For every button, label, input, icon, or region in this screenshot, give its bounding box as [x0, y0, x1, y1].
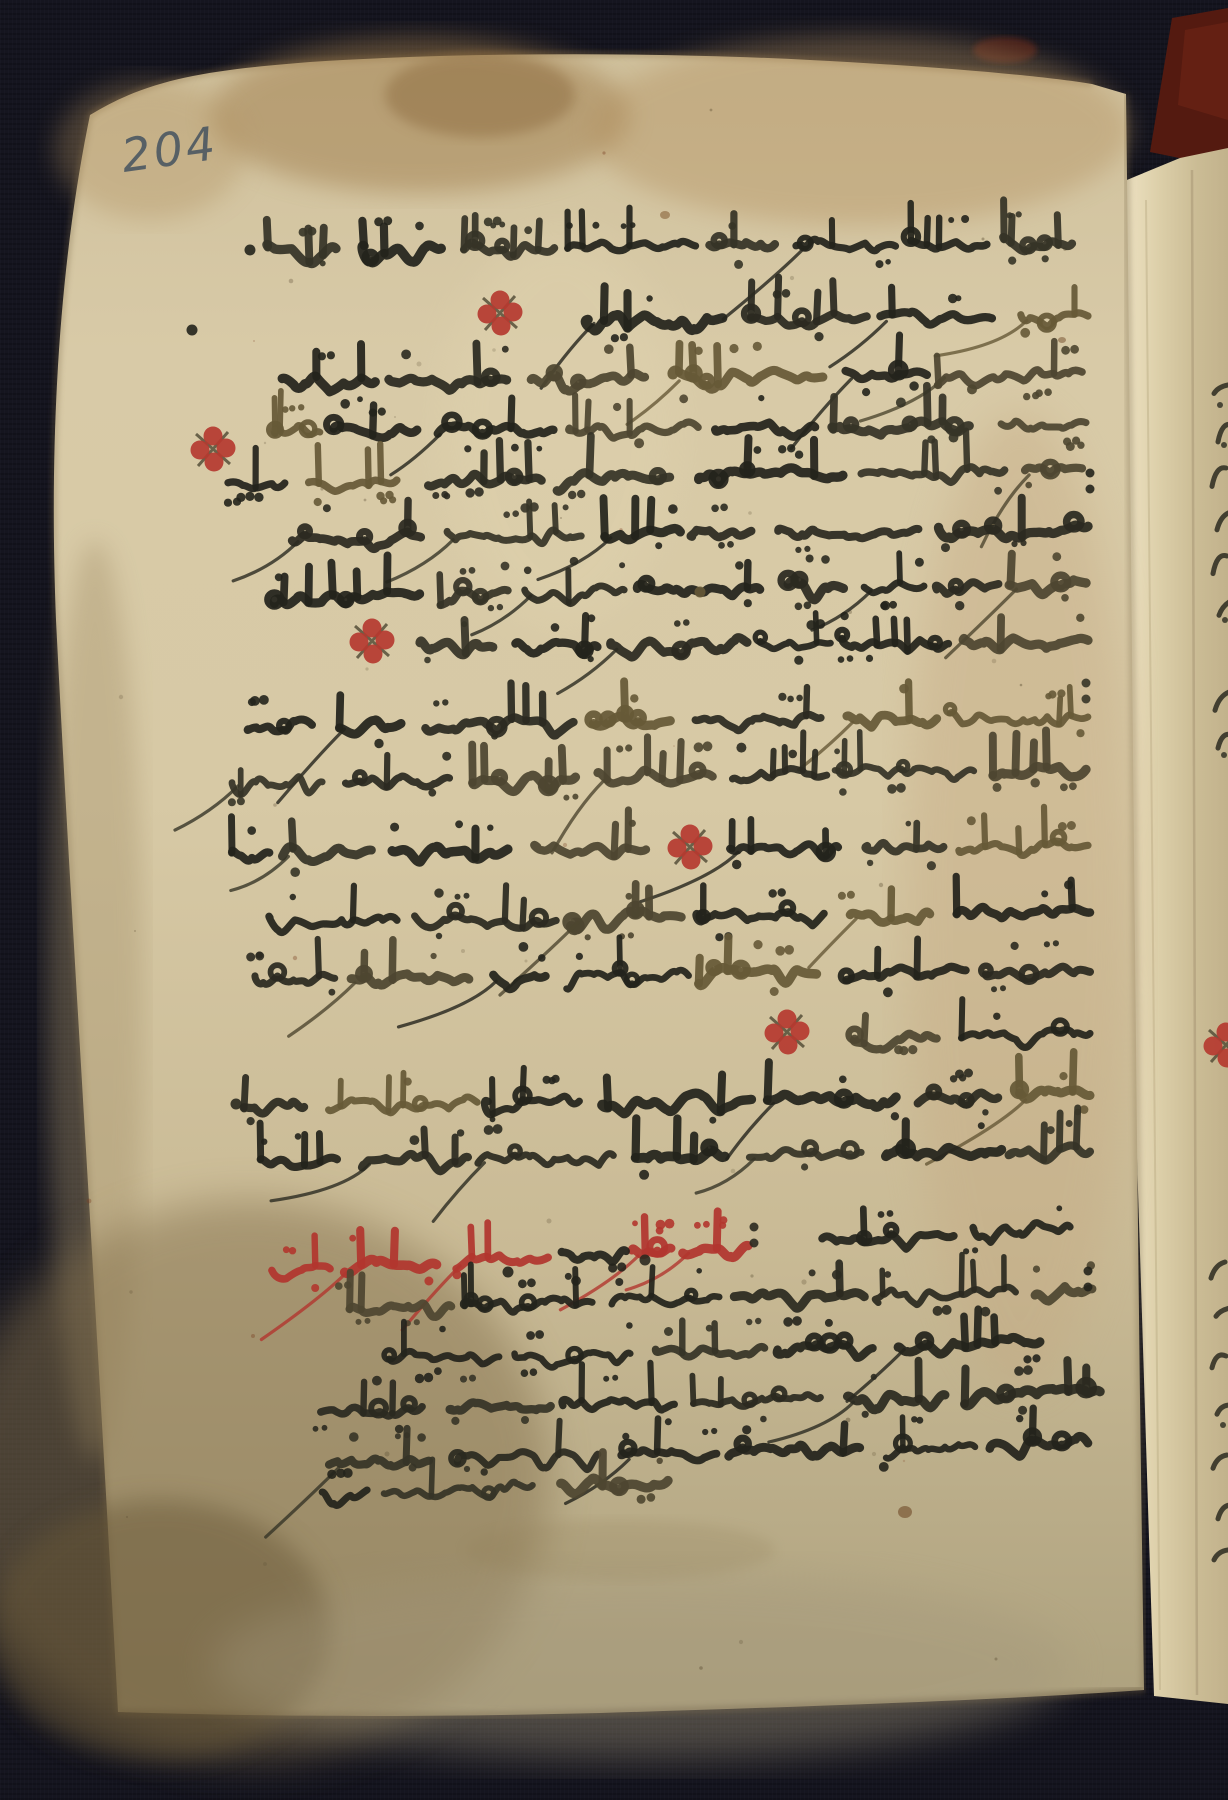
- diacritic-dot: [884, 1271, 891, 1278]
- diacritic-dot: [1053, 940, 1059, 946]
- diacritic-dot: [588, 614, 596, 622]
- speck: [739, 1640, 743, 1644]
- diacritic-dot: [530, 1368, 538, 1376]
- diacritic-dot: [1008, 257, 1016, 265]
- diacritic-dot: [1044, 941, 1050, 947]
- diacritic-dot: [664, 1327, 673, 1336]
- diacritic-dot: [806, 620, 816, 630]
- diacritic-dot: [519, 942, 529, 952]
- diacritic-dot: [991, 986, 997, 992]
- ascender-stroke: [604, 286, 605, 321]
- ascender-stroke: [1070, 687, 1071, 716]
- diacritic-dot: [834, 748, 840, 754]
- manuscript-scene: 204: [0, 0, 1228, 1800]
- diacritic-dot: [322, 1425, 328, 1431]
- punct-dot: [640, 1255, 651, 1266]
- speck: [731, 1169, 736, 1174]
- diacritic-dot: [524, 226, 532, 234]
- speck: [365, 667, 368, 670]
- diacritic-dot: [290, 867, 300, 877]
- speck: [461, 949, 465, 953]
- diacritic-dot: [955, 601, 964, 610]
- speck: [995, 1658, 998, 1661]
- ascender-stroke: [1073, 1052, 1074, 1092]
- diacritic-dot: [275, 573, 283, 581]
- diacritic-dot: [656, 1220, 666, 1230]
- diacritic-dot: [526, 1331, 535, 1340]
- diacritic-dot: [769, 889, 777, 897]
- diacritic-dot: [795, 547, 801, 553]
- speck: [872, 1452, 876, 1456]
- diacritic-dot: [630, 694, 638, 702]
- speck: [263, 1562, 267, 1566]
- diacritic-dot: [634, 438, 644, 448]
- diacritic-dot: [838, 656, 845, 663]
- ascender-stroke: [431, 1459, 432, 1496]
- diacritic-dot: [718, 542, 725, 549]
- diacritic-dot: [1058, 822, 1067, 831]
- diacritic-dot: [933, 1306, 943, 1316]
- diacritic-dot: [728, 222, 736, 230]
- ascender-stroke: [523, 1068, 524, 1100]
- speck: [417, 362, 422, 367]
- diacritic-dot: [434, 888, 443, 897]
- speck: [273, 803, 277, 807]
- ascender-stroke: [773, 751, 774, 776]
- diacritic-dot: [1061, 594, 1069, 602]
- diacritic-dot: [981, 1307, 991, 1317]
- diacritic-dot: [611, 334, 619, 342]
- diacritic-dot: [637, 1495, 646, 1504]
- ascender-stroke: [927, 386, 928, 424]
- ascender-stroke: [528, 443, 529, 480]
- diacritic-dot: [758, 395, 764, 401]
- diacritic-dot: [1076, 614, 1084, 622]
- diacritic-dot: [773, 290, 782, 299]
- ascender-stroke: [994, 1317, 995, 1342]
- rosette-petal: [478, 305, 497, 324]
- ascender-stroke: [408, 500, 409, 532]
- ascender-stroke: [679, 344, 680, 373]
- diacritic-dot: [289, 405, 295, 411]
- manuscript-photo: 204: [0, 0, 1228, 1800]
- ascender-stroke: [937, 356, 939, 385]
- ascender-stroke: [817, 292, 818, 322]
- diacritic-dot: [535, 1330, 544, 1339]
- diacritic-dot: [372, 1376, 382, 1386]
- punct-colon: [1084, 1267, 1093, 1276]
- ascender-stroke: [1019, 1057, 1020, 1094]
- diacritic-dot: [794, 656, 803, 665]
- diacritic-dot: [283, 1246, 290, 1253]
- rosette-petal: [765, 1024, 784, 1043]
- diacritic-dot: [327, 351, 335, 359]
- ascender-stroke: [362, 221, 364, 246]
- diacritic-dot: [778, 693, 786, 701]
- ascender-stroke: [964, 1316, 965, 1347]
- speck: [673, 745, 675, 747]
- diacritic-dot: [603, 1376, 609, 1382]
- rosette-mark: [668, 825, 713, 870]
- diacritic-dot: [630, 222, 636, 228]
- diacritic-dot: [753, 342, 762, 351]
- diacritic-dot: [891, 1112, 899, 1120]
- diacritic-dot: [1023, 393, 1030, 400]
- edge-text-dot: [1220, 1422, 1226, 1428]
- diacritic-dot: [474, 487, 483, 496]
- ascender-stroke: [860, 732, 861, 769]
- ascender-stroke: [476, 344, 477, 383]
- diacritic-dot: [442, 752, 451, 761]
- ascender-stroke: [350, 1272, 351, 1309]
- diacritic-dot: [424, 1277, 433, 1286]
- diacritic-dot: [552, 1075, 560, 1083]
- diacritic-dot: [464, 893, 470, 899]
- ascender-stroke: [882, 1270, 883, 1294]
- punct-colon: [1086, 469, 1095, 478]
- diacritic-dot: [706, 1325, 713, 1332]
- diacritic-dot: [880, 602, 888, 610]
- diacritic-dot: [784, 945, 794, 955]
- ascender-stroke: [318, 445, 319, 483]
- diacritic-dot: [694, 1222, 701, 1229]
- ascender-stroke: [361, 1275, 362, 1310]
- diacritic-dot: [696, 1268, 702, 1274]
- diacritic-dot: [719, 1222, 726, 1229]
- ascender-stroke: [464, 219, 465, 250]
- diacritic-dot: [313, 1426, 319, 1432]
- ascender-stroke: [864, 1015, 865, 1044]
- diacritic-dot: [955, 295, 961, 301]
- diacritic-dot: [804, 602, 812, 610]
- ascender-stroke: [484, 746, 485, 780]
- diacritic-dot: [626, 1322, 633, 1329]
- speck: [289, 279, 294, 284]
- diacritic-dot: [915, 558, 924, 567]
- ascender-stroke: [1033, 742, 1034, 769]
- speck: [364, 499, 367, 502]
- ascender-stroke: [927, 218, 928, 245]
- ascender-stroke: [575, 1269, 576, 1305]
- diacritic-dot: [1011, 942, 1019, 950]
- edge-text-dot: [1222, 617, 1228, 623]
- rosette-mark: [191, 427, 236, 472]
- ascender-stroke: [1018, 828, 1019, 852]
- ascender-stroke: [962, 999, 963, 1038]
- diacritic-dot: [735, 561, 743, 569]
- speck: [119, 695, 123, 699]
- diacritic-dot: [967, 384, 977, 394]
- ascender-stroke: [582, 211, 583, 246]
- diacritic-dot: [245, 492, 254, 501]
- diacritic-dot: [224, 499, 232, 507]
- diacritic-dot: [1032, 392, 1039, 399]
- diacritic-dot: [908, 1045, 917, 1054]
- diacritic-dot: [657, 1458, 663, 1464]
- diacritic-dot: [646, 295, 652, 301]
- diacritic-dot: [949, 433, 959, 443]
- diacritic-dot: [323, 504, 331, 512]
- ascender-stroke: [1001, 617, 1002, 649]
- diacritic-dot: [415, 1374, 424, 1383]
- diacritic-dot: [592, 222, 599, 229]
- ascender-stroke: [833, 281, 834, 314]
- punct-colon: [1086, 485, 1095, 494]
- diacritic-dot: [518, 1279, 527, 1288]
- ascender-stroke: [863, 1209, 864, 1242]
- diacritic-dot: [527, 1278, 536, 1287]
- ascender-stroke: [357, 571, 358, 597]
- ascender-stroke: [267, 220, 268, 247]
- diacritic-dot: [1000, 985, 1006, 991]
- diacritic-dot: [290, 894, 296, 900]
- diacritic-dot: [801, 1163, 808, 1170]
- ascender-stroke: [360, 1230, 361, 1265]
- diacritic-dot: [668, 504, 678, 514]
- diacritic-dot: [282, 406, 289, 413]
- diacritic-dot: [744, 599, 752, 607]
- diacritic-dot: [247, 826, 256, 835]
- ascender-stroke: [956, 876, 957, 914]
- diacritic-dot: [1016, 211, 1022, 217]
- diacritic-dot: [536, 446, 542, 452]
- diacritic-dot: [871, 1374, 877, 1380]
- diacritic-dot: [461, 621, 467, 627]
- diacritic-dot: [839, 1076, 847, 1084]
- word-stroke: [865, 843, 943, 852]
- ascender-stroke: [717, 1211, 718, 1249]
- speck: [547, 1219, 552, 1224]
- diacritic-dot: [299, 228, 308, 237]
- diacritic-dot: [521, 1369, 529, 1377]
- diacritic-dot: [376, 492, 384, 500]
- ascender-stroke: [614, 824, 615, 856]
- ascender-stroke: [558, 1421, 560, 1455]
- diacritic-dot: [491, 733, 498, 740]
- ascender-stroke: [523, 900, 524, 928]
- speck: [87, 1199, 92, 1204]
- diacritic-dot: [694, 347, 702, 355]
- diacritic-dot: [490, 223, 496, 229]
- diacritic-dot: [1042, 255, 1049, 262]
- diacritic-dot: [961, 215, 969, 223]
- ascender-stroke: [1011, 554, 1012, 585]
- speck: [982, 238, 985, 241]
- diacritic-dot: [499, 222, 505, 228]
- speck: [251, 1334, 255, 1338]
- diacritic-dot: [916, 1417, 923, 1424]
- diacritic-dot: [783, 1317, 793, 1327]
- diacritic-dot: [727, 541, 734, 548]
- diacritic-dot: [778, 888, 786, 896]
- ascender-stroke: [538, 221, 539, 250]
- diacritic-dot: [576, 953, 583, 960]
- diacritic-dot: [796, 695, 803, 702]
- diacritic-dot: [617, 1262, 626, 1271]
- diacritic-dot: [383, 216, 392, 225]
- diacritic-dot: [424, 1373, 433, 1382]
- ascender-stroke: [331, 563, 332, 596]
- ascender-stroke: [380, 444, 381, 482]
- ascender-stroke: [816, 613, 817, 643]
- diacritic-dot: [720, 504, 728, 512]
- speck: [879, 883, 883, 887]
- ascender-stroke: [440, 574, 441, 605]
- diacritic-dot: [374, 217, 383, 226]
- diacritic-dot: [753, 940, 762, 949]
- ascender-stroke: [1076, 1108, 1077, 1147]
- ascender-stroke: [924, 443, 925, 474]
- diacritic-dot: [694, 742, 704, 752]
- ascender-stroke: [472, 745, 473, 783]
- diacritic-dot: [259, 695, 269, 705]
- diacritic-dot: [415, 222, 424, 231]
- ascender-stroke: [977, 1309, 978, 1344]
- diacritic-dot: [469, 1375, 476, 1382]
- ascender-stroke: [961, 1255, 962, 1295]
- diacritic-dot: [585, 934, 591, 940]
- speck: [264, 442, 266, 444]
- diacritic-dot: [604, 344, 614, 354]
- diacritic-dot: [320, 260, 326, 266]
- diacritic-dot: [709, 1117, 716, 1124]
- ascender-stroke: [651, 1267, 652, 1296]
- diacritic-dot: [255, 952, 264, 961]
- diacritic-dot: [344, 1281, 352, 1289]
- diacritic-dot: [401, 350, 411, 360]
- diacritic-dot: [434, 1367, 442, 1375]
- ascender-stroke: [318, 939, 319, 976]
- diacritic-dot: [746, 1319, 752, 1325]
- diacritic-dot: [994, 487, 1002, 495]
- ascender-stroke: [728, 937, 729, 970]
- diacritic-dot: [433, 700, 439, 706]
- ascender-stroke: [511, 683, 512, 719]
- diacritic-dot: [1025, 482, 1032, 489]
- speck: [801, 1279, 806, 1284]
- diacritic-dot: [1020, 328, 1030, 338]
- diacritic-dot: [703, 1221, 710, 1228]
- diacritic-dot: [329, 989, 336, 996]
- diacritic-dot: [876, 260, 884, 268]
- diacritic-dot: [1070, 345, 1079, 354]
- diacritic-dot: [551, 623, 560, 632]
- rosette-petal: [350, 633, 369, 652]
- diacritic-dot: [503, 511, 510, 518]
- ascender-stroke: [392, 940, 393, 980]
- ascender-stroke: [1032, 1408, 1033, 1441]
- speck: [699, 1666, 703, 1670]
- ascender-stroke: [1046, 730, 1047, 767]
- punct-dot: [231, 1099, 242, 1110]
- ascender-stroke: [292, 821, 293, 848]
- diacritic-dot: [487, 825, 493, 831]
- diacritic-dot: [613, 403, 621, 411]
- diacritic-dot: [711, 1428, 717, 1434]
- diacritic-dot: [469, 567, 476, 574]
- ascender-stroke: [1059, 698, 1060, 724]
- ascender-stroke: [966, 431, 967, 470]
- diacritic-dot: [1048, 690, 1056, 698]
- ascender-stroke: [232, 817, 233, 853]
- ascender-stroke: [892, 287, 893, 314]
- ascender-stroke: [694, 1136, 695, 1160]
- speck: [563, 843, 567, 847]
- ascender-stroke: [368, 450, 369, 486]
- ascender-stroke: [492, 1079, 493, 1114]
- rosette-petal: [668, 839, 687, 858]
- diacritic-dot: [862, 1411, 869, 1418]
- ascender-stroke: [1059, 1113, 1060, 1149]
- diacritic-dot: [615, 1278, 623, 1286]
- diacritic-dot: [465, 488, 474, 497]
- diacritic-dot: [404, 1078, 412, 1086]
- diacritic-dot: [298, 404, 304, 410]
- speck: [126, 1516, 128, 1518]
- diacritic-dot: [1047, 1126, 1055, 1134]
- diacritic-dot: [566, 222, 573, 229]
- diacritic-dot: [543, 1076, 551, 1084]
- diacritic-dot: [899, 684, 909, 694]
- speck: [710, 109, 713, 112]
- diacritic-dot: [246, 953, 255, 962]
- speck: [750, 1274, 753, 1277]
- diacritic-dot: [906, 821, 912, 827]
- diacritic-dot: [683, 619, 690, 626]
- diacritic-dot: [840, 612, 848, 620]
- diacritic-dot: [647, 1493, 656, 1502]
- diacritic-dot: [899, 1046, 908, 1055]
- speck: [1020, 684, 1023, 687]
- ascender-stroke: [471, 1227, 472, 1257]
- ascender-stroke: [275, 398, 276, 434]
- rosette-mark: [350, 619, 395, 664]
- diacritic-dot: [885, 259, 891, 265]
- punct-colon: [1084, 1283, 1093, 1292]
- ascender-stroke: [814, 752, 815, 776]
- diacritic-dot: [311, 1284, 319, 1292]
- diacritic-dot: [792, 1316, 802, 1326]
- diacritic-dot: [395, 1433, 401, 1439]
- diacritic-dot: [942, 1305, 952, 1315]
- diacritic-dot: [619, 562, 625, 568]
- diacritic-dot: [847, 655, 854, 662]
- ascender-stroke: [585, 616, 586, 654]
- ascender-stroke: [394, 1231, 395, 1265]
- ascender-stroke: [353, 886, 354, 921]
- ascender-stroke: [984, 815, 985, 846]
- diacritic-dot: [1031, 778, 1040, 787]
- ascender-stroke: [315, 1236, 316, 1266]
- diacritic-dot: [261, 1139, 267, 1145]
- diacritic-dot: [867, 860, 873, 866]
- diacritic-dot: [1011, 541, 1017, 547]
- ascender-stroke: [384, 227, 385, 254]
- ascender-stroke: [894, 619, 895, 644]
- diacritic-dot: [404, 1432, 410, 1438]
- ascender-stroke: [844, 741, 845, 774]
- diacritic-dot: [349, 1432, 359, 1442]
- diacritic-dot: [511, 444, 519, 452]
- ascender-stroke: [973, 1262, 974, 1291]
- diacritic-dot: [236, 493, 245, 502]
- diacritic-dot: [428, 789, 436, 797]
- diacritic-dot: [972, 1247, 978, 1253]
- diacritic-dot: [1076, 729, 1084, 737]
- diacritic-dot: [378, 408, 386, 416]
- diacritic-dot: [702, 1429, 708, 1435]
- diacritic-dot: [887, 784, 897, 794]
